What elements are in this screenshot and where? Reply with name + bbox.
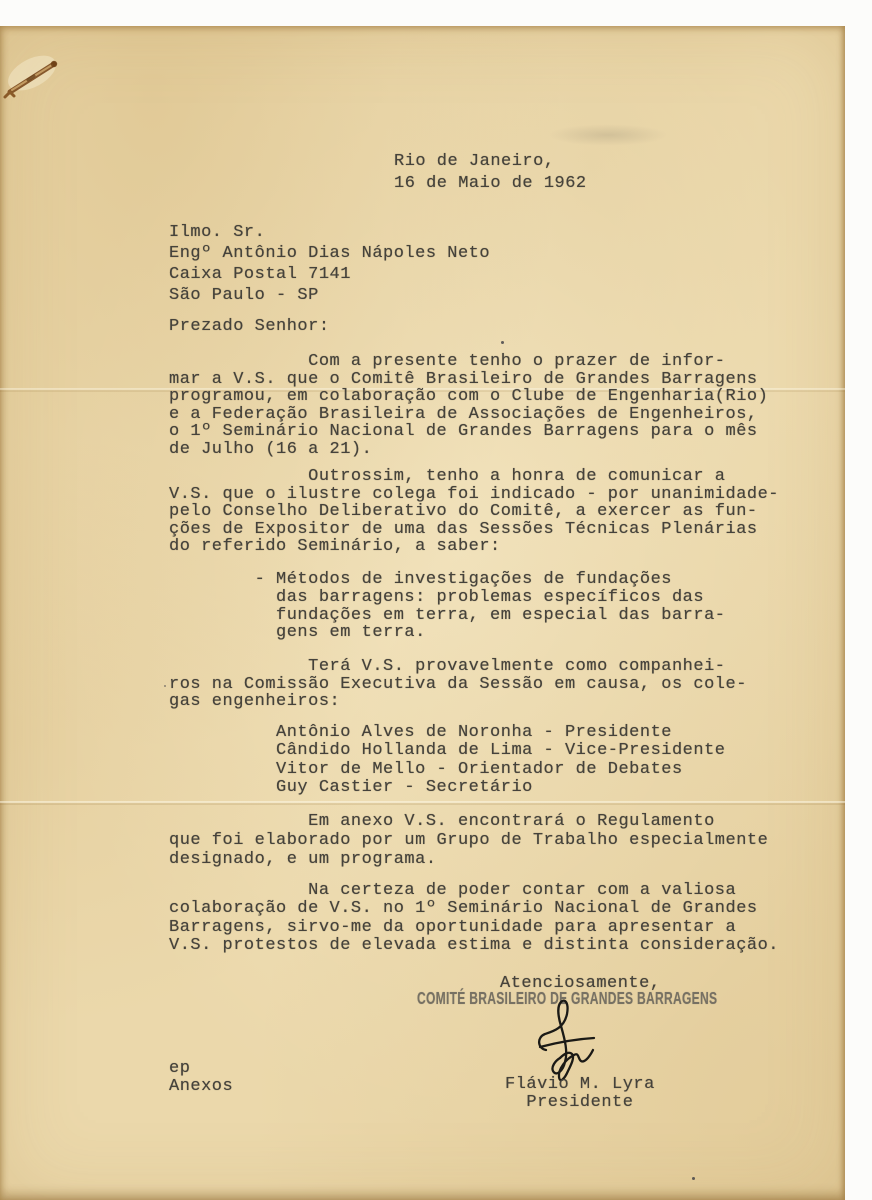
ink-speck <box>501 341 504 344</box>
recipient-address: Ilmo. Sr. Engº Antônio Dias Nápoles Neto… <box>169 222 490 306</box>
paragraph-enclosures: Em anexo V.S. encontrará o Regulamento q… <box>169 812 768 869</box>
date-block: Rio de Janeiro, 16 de Maio de 1962 <box>394 151 587 195</box>
staple-mark <box>2 38 72 100</box>
signer-block: Flávio M. Lyra Presidente <box>505 1076 655 1112</box>
session-topic-list: - Métodos de investigações de fundações … <box>169 571 726 642</box>
paragraph-committee-intro: Terá V.S. provavelmente como companhei- … <box>169 658 747 711</box>
paragraph-closing: Na certeza de poder contar com a valiosa… <box>169 882 779 956</box>
scanned-letter-page: Rio de Janeiro, 16 de Maio de 1962 Ilmo.… <box>0 0 872 1200</box>
paragraph-nomination: Outrossim, tenho a honra de comunicar a … <box>169 468 779 556</box>
ink-speck <box>164 685 166 687</box>
typist-enclosures-block: ep Anexos <box>169 1060 233 1096</box>
salutation: Prezado Senhor: <box>169 318 330 336</box>
committee-names-list: Antônio Alves de Noronha - Presidente Câ… <box>169 724 726 797</box>
paragraph-opening: Com a presente tenho o prazer de infor- … <box>169 353 768 458</box>
ink-speck <box>692 1177 695 1180</box>
